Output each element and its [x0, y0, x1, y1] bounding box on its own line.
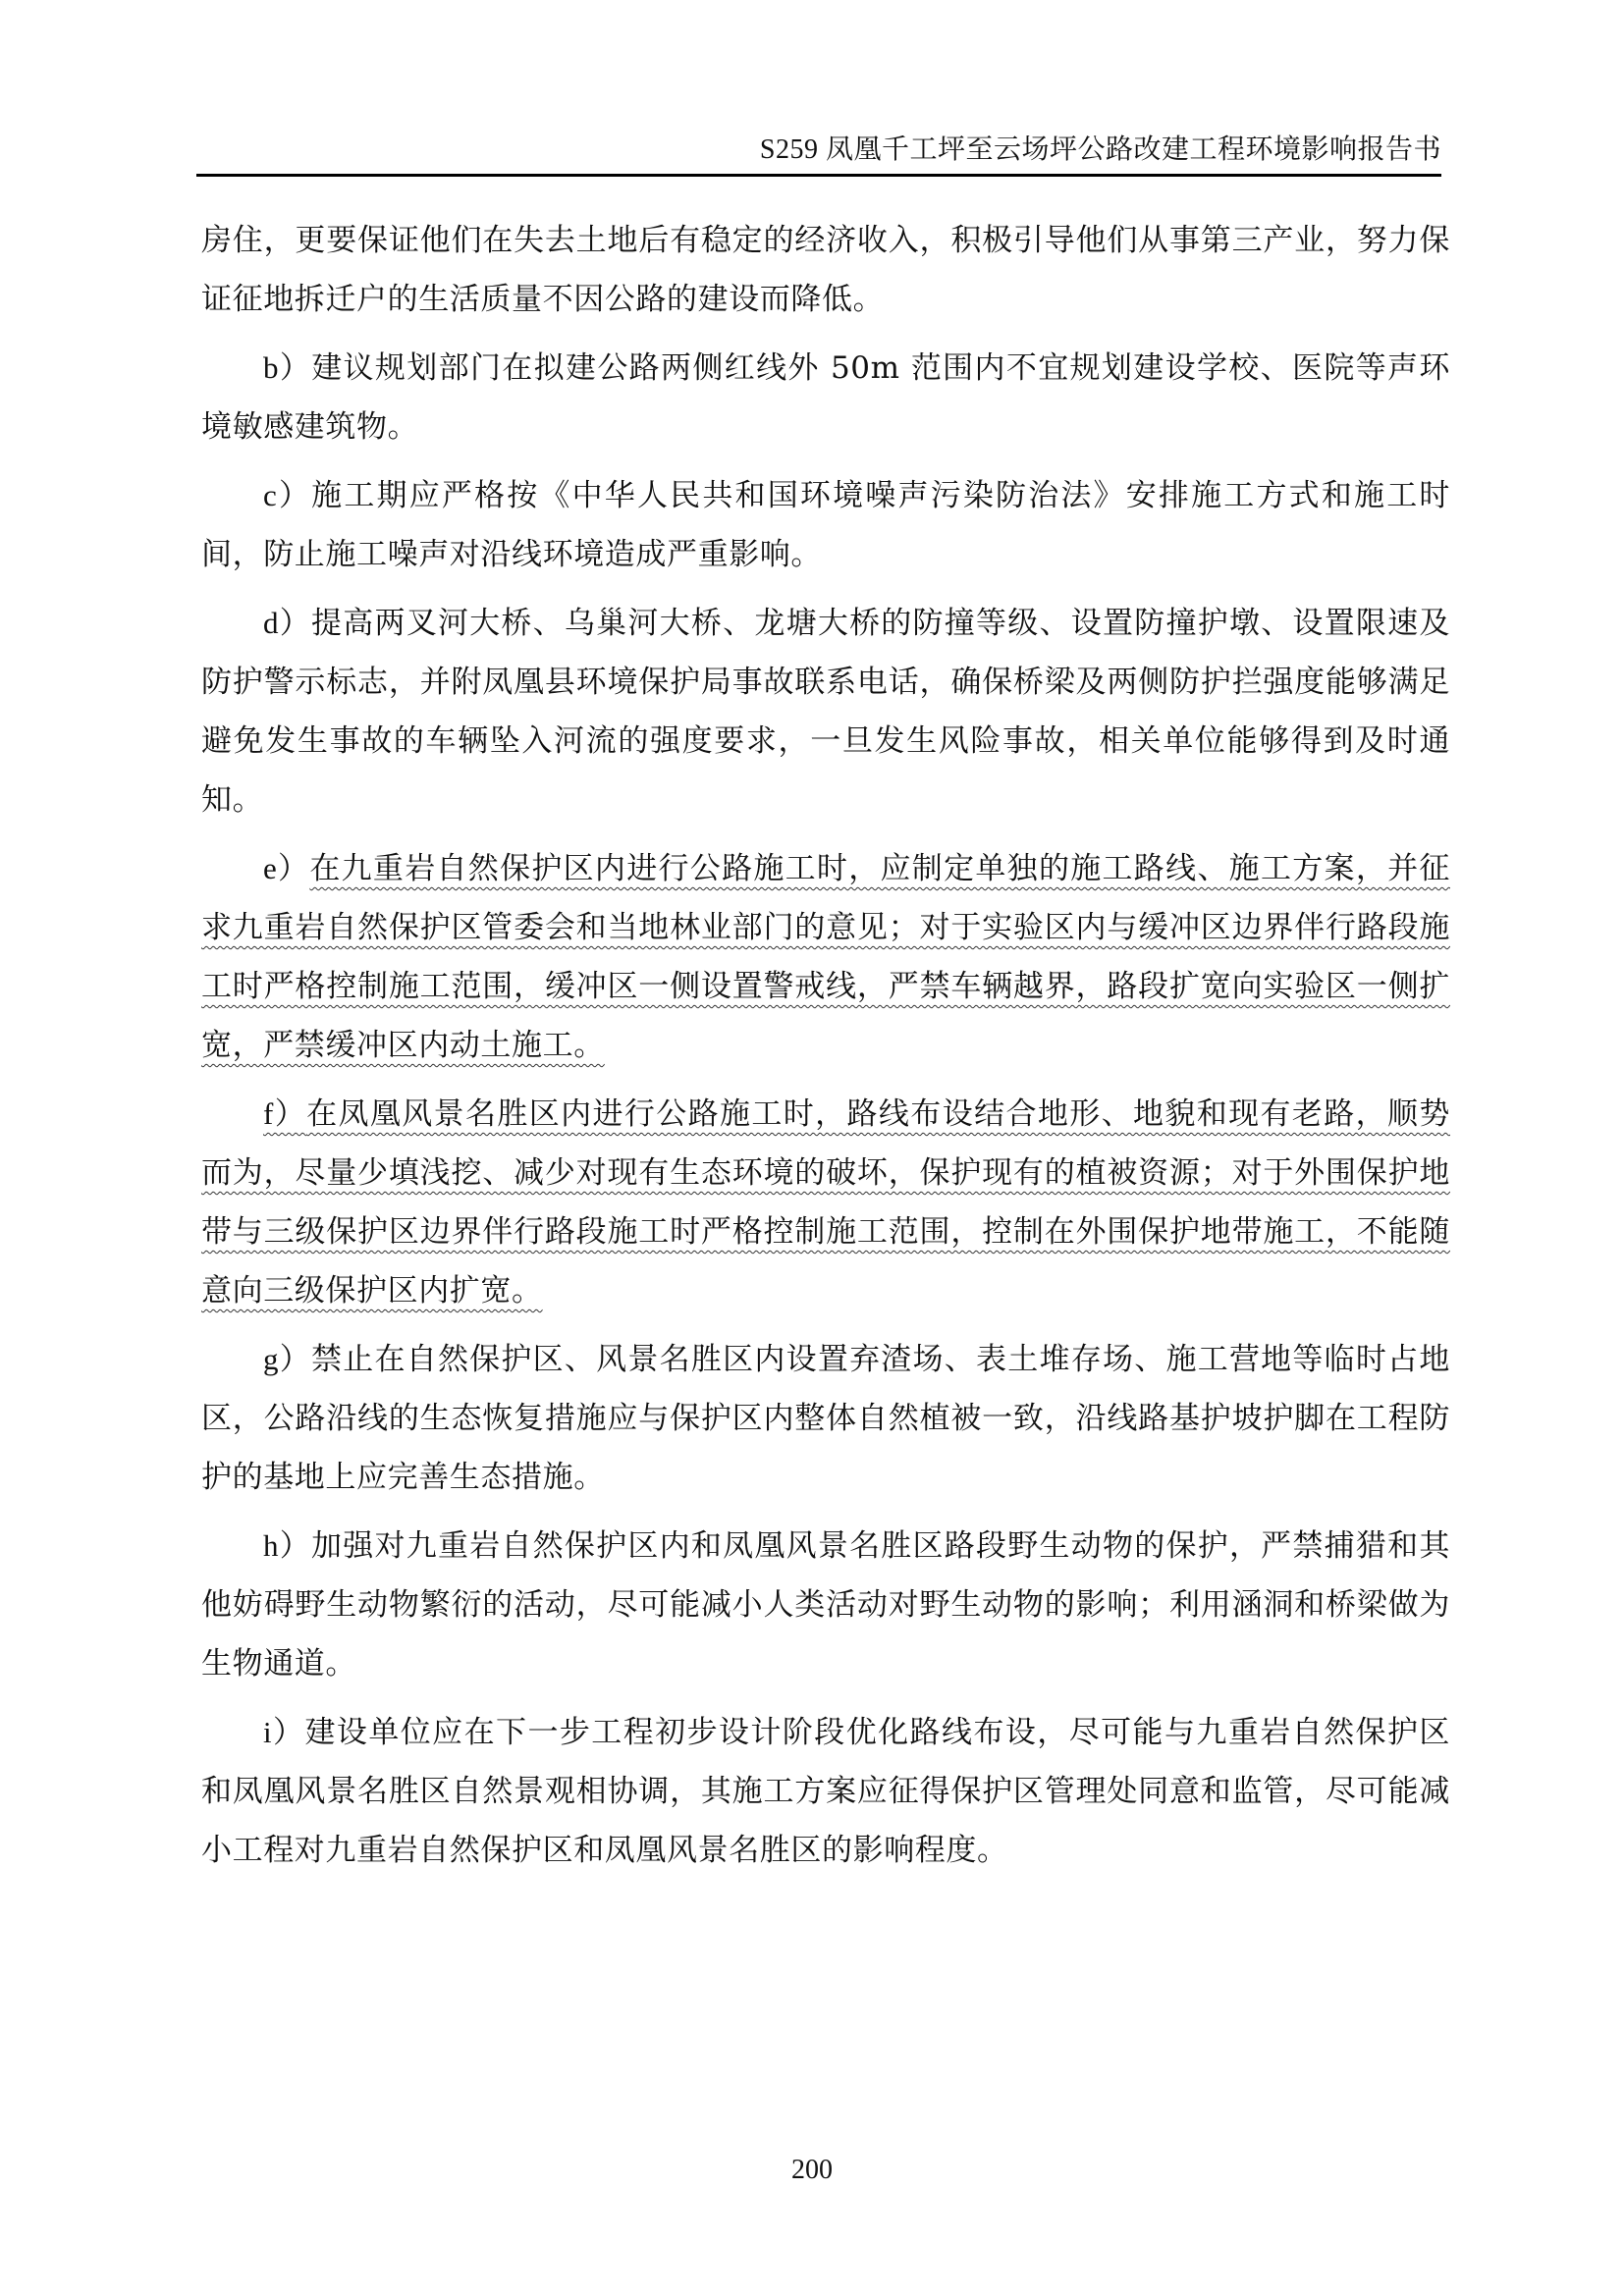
page-header: S259 凤凰千工坪至云场坪公路改建工程环境影响报告书: [196, 135, 1441, 175]
paragraph-text: 提高两叉河大桥、乌巢河大桥、龙塘大桥的防撞等级、设置防撞护墩、设置限速及防护警示…: [201, 606, 1450, 818]
revised-text: 在九重岩自然保护区内进行公路施工时，应制定单独的施工路线、施工方案，并征求九重岩…: [201, 851, 1450, 1063]
item-label: e）: [263, 851, 309, 885]
item-label: g）: [263, 1342, 311, 1376]
paragraph-continuation: 房住，更要保证他们在失去土地后有稳定的经济收入，积极引导他们从事第三产业，努力保…: [201, 211, 1450, 329]
header-rule: [196, 174, 1441, 177]
paragraph-text: 房住，更要保证他们在失去土地后有稳定的经济收入，积极引导他们从事第三产业，努力保…: [201, 223, 1450, 317]
item-label: f）: [263, 1096, 306, 1131]
item-label: h）: [263, 1528, 311, 1563]
paragraph-d: d）提高两叉河大桥、乌巢河大桥、龙塘大桥的防撞等级、设置防撞护墩、设置限速及防护…: [201, 594, 1450, 829]
paragraph-text: 加强对九重岩自然保护区内和凤凰风景名胜区路段野生动物的保护，严禁捕猎和其他妨碍野…: [201, 1528, 1450, 1682]
paragraph-h: h）加强对九重岩自然保护区内和凤凰风景名胜区路段野生动物的保护，严禁捕猎和其他妨…: [201, 1517, 1450, 1693]
item-label: c）: [263, 478, 311, 512]
document-body: 房住，更要保证他们在失去土地后有稳定的经济收入，积极引导他们从事第三产业，努力保…: [201, 211, 1450, 1890]
paragraph-text: 建议规划部门在拟建公路两侧红线外 50m 范围内不宜规划建设学校、医院等声环境敏…: [201, 350, 1450, 445]
item-label: b）: [263, 350, 311, 385]
paragraph-i: i）建设单位应在下一步工程初步设计阶段优化路线布设，尽可能与九重岩自然保护区和凤…: [201, 1703, 1450, 1880]
paragraph-text: 建设单位应在下一步工程初步设计阶段优化路线布设，尽可能与九重岩自然保护区和凤凰风…: [201, 1715, 1450, 1868]
paragraph-f: f）在凤凰风景名胜区内进行公路施工时，路线布设结合地形、地貌和现有老路，顺势而为…: [201, 1085, 1450, 1320]
paragraph-e: e）在九重岩自然保护区内进行公路施工时，应制定单独的施工路线、施工方案，并征求九…: [201, 839, 1450, 1075]
paragraph-text: 禁止在自然保护区、风景名胜区内设置弃渣场、表土堆存场、施工营地等临时占地区，公路…: [201, 1342, 1450, 1495]
revised-text-block: f）在凤凰风景名胜区内进行公路施工时，路线布设结合地形、地貌和现有老路，顺势而为…: [201, 1096, 1450, 1308]
item-label: d）: [263, 606, 311, 640]
paragraph-text: 在凤凰风景名胜区内进行公路施工时，路线布设结合地形、地貌和现有老路，顺势而为，尽…: [201, 1096, 1450, 1308]
document-title: S259 凤凰千工坪至云场坪公路改建工程环境影响报告书: [760, 128, 1441, 167]
paragraph-c: c）施工期应严格按《中华人民共和国环境噪声污染防治法》安排施工方式和施工时间，防…: [201, 466, 1450, 584]
paragraph-g: g）禁止在自然保护区、风景名胜区内设置弃渣场、表土堆存场、施工营地等临时占地区，…: [201, 1330, 1450, 1507]
item-label: i）: [263, 1715, 304, 1749]
paragraph-b: b）建议规划部门在拟建公路两侧红线外 50m 范围内不宜规划建设学校、医院等声环…: [201, 339, 1450, 456]
paragraph-text: 施工期应严格按《中华人民共和国环境噪声污染防治法》安排施工方式和施工时间，防止施…: [201, 478, 1450, 572]
page-number: 200: [0, 2155, 1624, 2186]
